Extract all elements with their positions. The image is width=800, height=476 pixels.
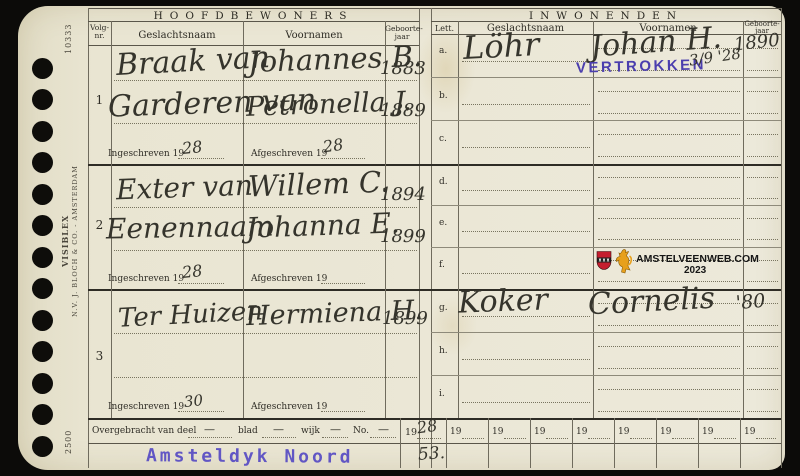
handwritten-departure-date: 3/9 '28 <box>688 46 742 68</box>
handwritten-firstnames: Johanna E. <box>246 209 401 242</box>
table-right-border <box>781 8 782 468</box>
row-letter: i. <box>439 389 445 399</box>
afgeschreven-label: Afgeschreven 19 <box>251 402 327 412</box>
handwritten-year: 1899 <box>382 310 428 328</box>
hoofdbewoner-block-2: 2 Exter van Willem C. 1894 Eenennaam Joh… <box>88 164 419 289</box>
year-cell: 19 <box>446 418 488 443</box>
year-printed: 19 <box>618 427 629 437</box>
afgeschreven-label: Afgeschreven 19 <box>251 274 327 284</box>
year-cell: 19 <box>572 418 614 443</box>
afgeschreven-year-written: 28 <box>322 137 344 156</box>
write-line <box>747 113 778 114</box>
write-line <box>598 239 740 240</box>
year-printed: 19 <box>702 427 713 437</box>
handwritten-firstnames: Cornelis <box>587 284 715 321</box>
write-line <box>598 177 740 178</box>
register-card: 10333 VISIBLEX N.V. J. BLOCH & CO. - AMS… <box>18 6 785 470</box>
write-line <box>462 231 590 232</box>
write-line <box>462 190 590 191</box>
punch-hole <box>32 121 53 142</box>
year-printed: 19 <box>534 427 545 437</box>
blad-label: blad <box>238 426 258 436</box>
handwritten-year-28: 28 <box>416 418 438 437</box>
punch-hole <box>32 247 53 268</box>
handwritten-year: '80 <box>735 292 766 313</box>
inwonende-row-b: b. <box>431 77 781 120</box>
table-top-line <box>88 8 781 9</box>
write-line <box>747 368 778 369</box>
ingeschreven-label: Ingeschreven 19 <box>108 402 184 412</box>
handwritten-year: 1883 <box>380 60 426 78</box>
write-line <box>178 411 224 412</box>
handwritten-year: 1899 <box>380 228 426 246</box>
section-title-inwonenden: INWONENDEN <box>431 10 781 22</box>
punch-hole <box>32 184 53 205</box>
ingeschreven-year-written: 30 <box>183 393 204 410</box>
punch-hole <box>32 89 53 110</box>
punch-hole <box>32 310 53 331</box>
year-cell: 19 <box>740 418 781 443</box>
handwritten-surname: Ter Huizen <box>117 298 263 332</box>
handwritten-surname: Exter van <box>116 172 254 205</box>
amstelveenweb-watermark: AMSTELVEENWEB.COM 2023 <box>596 248 781 282</box>
amstelveen-shield-icon <box>596 250 612 271</box>
punch-hole <box>32 341 53 362</box>
watermark-site-text: AMSTELVEENWEB.COM <box>636 253 759 265</box>
inwonende-row-h: h. <box>431 332 781 375</box>
write-line <box>747 91 778 92</box>
year-printed: 19 <box>660 427 671 437</box>
row-letter: c. <box>439 134 447 144</box>
write-line <box>321 283 365 284</box>
write-line <box>747 134 778 135</box>
hoofdbewoner-block-3: 3 Ter Huizen Hermiena H. 1899 Ingeschrev… <box>88 289 419 418</box>
wijk-label: wijk <box>301 426 320 436</box>
ingeschreven-year-written: 28 <box>181 139 203 157</box>
write-line <box>462 147 590 148</box>
afgeschreven-label: Afgeschreven 19 <box>251 149 327 159</box>
handwritten-dash: — <box>204 424 215 435</box>
column-header-volgnr2: nr. <box>95 31 105 40</box>
vertrokken-stamp: VERTROKKEN <box>576 56 706 76</box>
print-run-code: 2500 <box>64 414 73 454</box>
write-line <box>322 437 348 438</box>
write-line <box>756 438 776 439</box>
write-line <box>462 104 590 105</box>
write-line <box>321 411 365 412</box>
write-line <box>321 158 365 159</box>
inwonende-row-e: e. <box>431 205 781 247</box>
write-line <box>747 218 778 219</box>
handwritten-dash: — <box>273 424 284 435</box>
year-cell: 19 <box>488 418 530 443</box>
handwritten-firstnames: Willem C. <box>248 168 390 202</box>
write-line <box>462 438 484 439</box>
write-line <box>747 411 778 412</box>
write-line <box>462 359 590 360</box>
year-cell: 19 <box>530 418 572 443</box>
write-line <box>114 250 417 251</box>
write-line <box>598 218 740 219</box>
write-line <box>598 156 740 157</box>
handwritten-house-number: 53. <box>417 445 445 464</box>
write-line <box>178 283 224 284</box>
punch-hole <box>32 436 53 457</box>
row-letter: f. <box>439 260 445 270</box>
hoofdbewoner-block-1: 1 Braak van Johannes B. 1883 Garderen va… <box>88 45 419 164</box>
ingeschreven-year-written: 28 <box>181 263 203 281</box>
ingeschreven-label: Ingeschreven 19 <box>108 149 184 159</box>
write-line <box>747 239 778 240</box>
row-letter: e. <box>439 218 447 228</box>
write-line <box>747 346 778 347</box>
inwonende-row-i: i. <box>431 375 781 418</box>
inwonende-row-d: d. <box>431 164 781 205</box>
no-label: No. <box>353 426 369 436</box>
row-letter: h. <box>439 346 448 356</box>
section-title-hoofdbewoners: HOOFDBEWONERS <box>88 10 419 22</box>
inwonende-row-a: a. Löhr Johan H. 1890 VERTROKKEN 3/9 '28 <box>431 34 781 77</box>
year-cell: 19 <box>656 418 698 443</box>
year-cell: 19 <box>614 418 656 443</box>
write-line <box>188 437 232 438</box>
write-line <box>114 123 417 124</box>
write-line <box>747 156 778 157</box>
write-line <box>598 134 740 135</box>
handwritten-surname: Löhr <box>462 28 540 64</box>
write-line <box>598 346 740 347</box>
write-line <box>598 325 740 326</box>
write-line <box>417 438 441 439</box>
punch-hole <box>32 152 53 173</box>
year-printed: 19 <box>492 427 503 437</box>
write-line <box>462 402 590 403</box>
write-line <box>504 438 526 439</box>
punch-hole <box>32 58 53 79</box>
transfer-cell: Overgebracht van deel — blad — wijk — No… <box>88 418 400 443</box>
write-line <box>630 438 652 439</box>
card-serial-number: 10333 <box>64 10 73 54</box>
write-line <box>598 389 740 390</box>
write-line <box>598 198 740 199</box>
year-printed: 19 <box>405 427 417 438</box>
write-line <box>747 389 778 390</box>
write-line <box>178 158 224 159</box>
watermark-year: 2023 <box>684 265 706 276</box>
inwonende-row-c: c. <box>431 120 781 164</box>
row-letter: g. <box>439 303 448 313</box>
punch-hole <box>32 278 53 299</box>
write-line <box>672 438 694 439</box>
punch-hole <box>32 404 53 425</box>
brand-visiblex: VISIBLEX <box>60 156 70 326</box>
amsteldyk-noord-stamp: Amsteldyk Noord <box>146 445 354 467</box>
write-line <box>747 177 778 178</box>
write-line <box>114 377 417 378</box>
row-letter: b. <box>439 91 448 101</box>
write-line <box>714 438 736 439</box>
write-line <box>546 438 568 439</box>
write-line <box>370 437 396 438</box>
inwonende-row-g: g. Koker Cornelis '80 <box>431 289 781 332</box>
lion-icon <box>613 248 633 274</box>
transfer-label: Overgebracht van deel <box>92 426 196 436</box>
first-year-cell: 19 28 <box>400 418 446 443</box>
write-line <box>114 333 417 334</box>
write-line <box>588 438 610 439</box>
punch-hole <box>32 373 53 394</box>
inwonende-row-f: f. AMSTELVEENWEB.COM 2023 <box>431 247 781 289</box>
column-header-geslachtsnaam: Geslachtsnaam <box>111 30 243 41</box>
handwritten-year: 1894 <box>380 186 426 204</box>
column-header-lett: Lett. <box>431 24 458 33</box>
write-line <box>747 70 778 71</box>
punch-hole <box>32 215 53 236</box>
write-line <box>462 273 590 274</box>
write-line <box>747 198 778 199</box>
year-printed: 19 <box>576 427 587 437</box>
year-cell: 19 <box>698 418 740 443</box>
handwritten-year: 1889 <box>380 102 426 120</box>
write-line <box>598 113 740 114</box>
handwritten-dash: — <box>378 424 389 435</box>
handwritten-dash: — <box>330 424 341 435</box>
handwritten-surname: Koker <box>458 285 549 318</box>
year-printed: 19 <box>744 427 755 437</box>
scanned-register-card-page: 10333 VISIBLEX N.V. J. BLOCH & CO. - AMS… <box>0 0 800 476</box>
maker-imprint: N.V. J. BLOCH & CO. - AMSTERDAM <box>71 126 79 356</box>
write-line <box>598 91 740 92</box>
write-line <box>598 411 740 412</box>
row-letter: a. <box>439 46 447 56</box>
write-line <box>262 437 296 438</box>
write-line <box>747 325 778 326</box>
volgnr: 3 <box>88 349 111 363</box>
year-printed: 19 <box>450 427 461 437</box>
write-line <box>598 368 740 369</box>
ingeschreven-label: Ingeschreven 19 <box>108 274 184 284</box>
row-letter: d. <box>439 177 448 187</box>
